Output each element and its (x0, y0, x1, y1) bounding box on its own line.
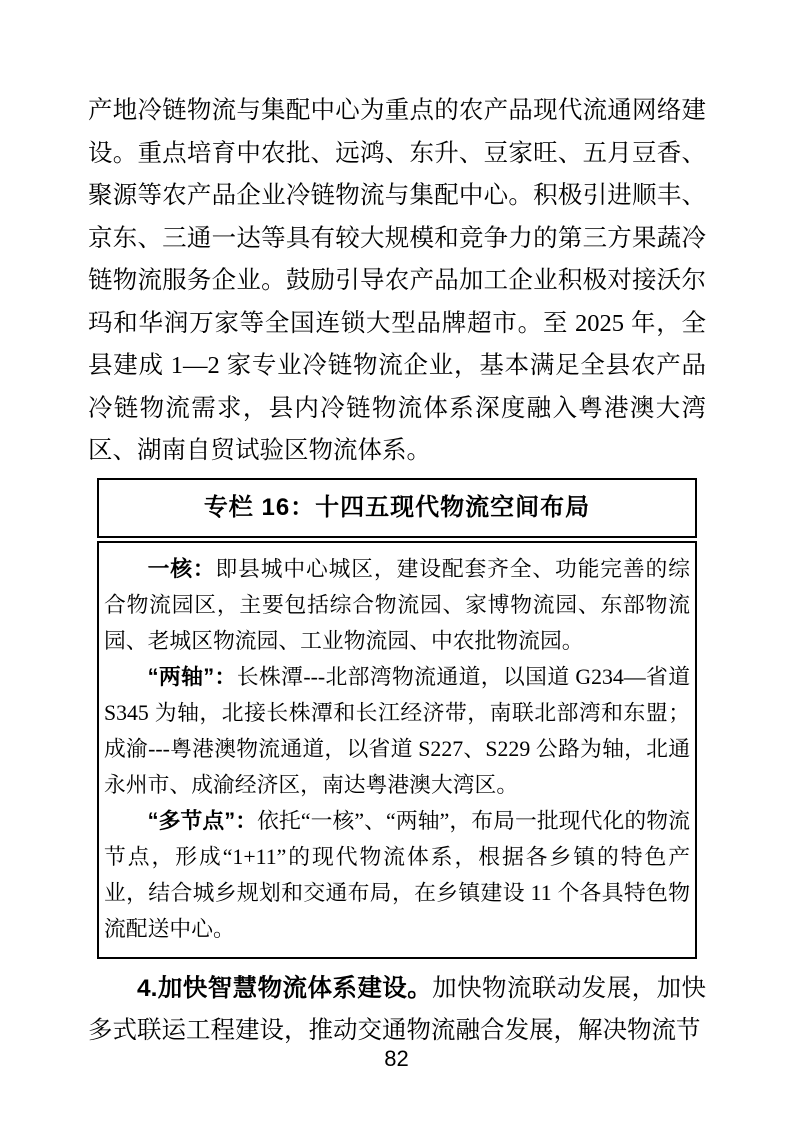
box-section-lead: 一核： (148, 556, 216, 581)
box-section-lead: “多节点”： (148, 808, 258, 833)
main-paragraph-bottom: 4.加快智慧物流体系建设。加快物流联动发展，加快多式联运工程建设，推动交通物流融… (88, 968, 706, 1053)
box-section-one-core: 一核：即县城中心城区，建设配套齐全、功能完善的综合物流园区，主要包括综合物流园、… (104, 551, 690, 659)
box-section-multi-nodes: “多节点”：依托“一核”、“两轴”，布局一批现代化的物流节点，形成“1+11”的… (104, 803, 690, 947)
feature-box-column-16: 专栏 16：十四五现代物流空间布局 一核：即县城中心城区，建设配套齐全、功能完善… (97, 478, 697, 959)
main-paragraph-top: 产地冷链物流与集配中心为重点的农产品现代流通网络建设。重点培育中农批、远鸿、东升… (88, 90, 706, 473)
feature-box-body: 一核：即县城中心城区，建设配套齐全、功能完善的综合物流园区，主要包括综合物流园、… (97, 541, 697, 959)
feature-box-title-bar: 专栏 16：十四五现代物流空间布局 (97, 478, 697, 538)
feature-box-title: 专栏 16：十四五现代物流空间布局 (204, 494, 590, 521)
page-number: 82 (0, 1046, 793, 1072)
main-paragraph-bottom-lead: 4.加快智慧物流体系建设。 (137, 975, 432, 1002)
document-page-content: 产地冷链物流与集配中心为重点的农产品现代流通网络建设。重点培育中农批、远鸿、东升… (88, 90, 706, 1053)
box-section-two-axes: “两轴”：长株潭---北部湾物流通道，以国道 G234—省道 S345 为轴，北… (104, 659, 690, 803)
box-section-lead: “两轴”： (148, 664, 237, 689)
